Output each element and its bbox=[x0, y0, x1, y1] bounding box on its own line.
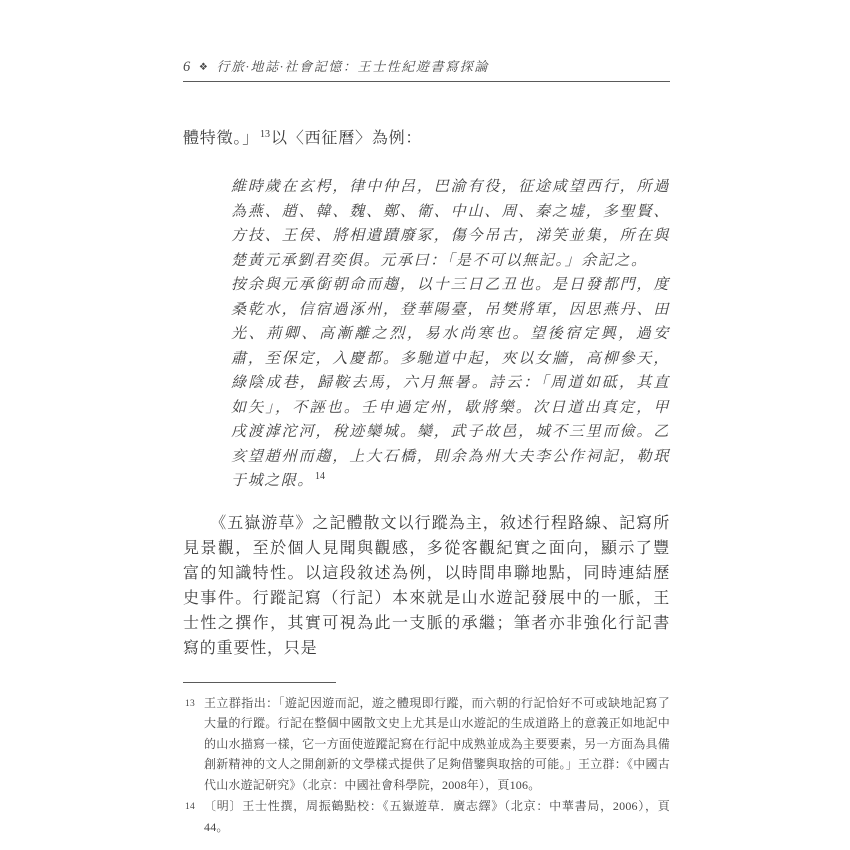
para1-text-after: 以〈西征曆〉為例： bbox=[271, 130, 422, 147]
footnote-14: 14 〔明〕王士性撰，周振鶴點校：《五嶽遊草．廣志繹》（北京：中華書局，2006… bbox=[183, 796, 670, 837]
footnote-13-text: 王立群指出：「遊記因遊而記，遊之體現即行蹤，而六朝的行記恰好不可或缺地記寫了大量… bbox=[204, 696, 670, 792]
footnote-13-marker: 13 bbox=[185, 694, 195, 715]
quote-paragraph-2-text: 按余與元承銜朝命而趨，以十三日乙丑也。是日發都門，度桑乾水，信宿過涿州，登華陽臺… bbox=[231, 277, 670, 489]
footnote-14-text: 〔明〕王士性撰，周振鶴點校：《五嶽遊草．廣志繹》（北京：中華書局，2006），頁… bbox=[204, 799, 670, 834]
quote-paragraph-1: 維時歲在玄枵，律中仲呂，巴渝有役，征途咸望西行，所過為燕、趙、韓、魏、鄭、衛、中… bbox=[231, 175, 670, 273]
block-quote: 維時歲在玄枵，律中仲呂，巴渝有役，征途咸望西行，所過為燕、趙、韓、魏、鄭、衛、中… bbox=[231, 175, 670, 494]
footnotes-section: 13 王立群指出：「遊記因遊而記，遊之體現即行蹤，而六朝的行記恰好不可或缺地記寫… bbox=[183, 682, 670, 838]
page-header: 6 ❖ 行旅·地誌·社會記憶：王士性紀遊書寫探論 bbox=[183, 56, 670, 76]
ornament-diamond-icon: ❖ bbox=[199, 62, 210, 73]
running-title: 行旅·地誌·社會記憶：王士性紀遊書寫探論 bbox=[216, 56, 489, 75]
book-page: 6 ❖ 行旅·地誌·社會記憶：王士性紀遊書寫探論 體特徵。」13以〈西征曆〉為例… bbox=[183, 56, 670, 837]
footnote-14-marker: 14 bbox=[185, 797, 195, 818]
paragraph-commentary: 《五嶽游草》之記體散文以行蹤為主，敘述行程路線、記寫所見景觀，至於個人見聞與觀感… bbox=[183, 511, 670, 661]
footnote-13: 13 王立群指出：「遊記因遊而記，遊之體現即行蹤，而六朝的行記恰好不可或缺地記寫… bbox=[183, 693, 670, 796]
header-divider bbox=[183, 81, 670, 82]
footnote-ref-13: 13 bbox=[259, 129, 271, 140]
footnote-ref-14: 14 bbox=[314, 471, 326, 482]
page-body: 體特徵。」13以〈西征曆〉為例： 維時歲在玄枵，律中仲呂，巴渝有役，征途咸望西行… bbox=[183, 126, 670, 661]
footnote-divider bbox=[183, 682, 336, 683]
para1-text-before: 體特徵。」 bbox=[183, 130, 259, 147]
page-number: 6 bbox=[183, 59, 192, 76]
paragraph-continuation: 體特徵。」13以〈西征曆〉為例： bbox=[183, 126, 670, 151]
quote-paragraph-2: 按余與元承銜朝命而趨，以十三日乙丑也。是日發都門，度桑乾水，信宿過涿州，登華陽臺… bbox=[231, 273, 670, 494]
